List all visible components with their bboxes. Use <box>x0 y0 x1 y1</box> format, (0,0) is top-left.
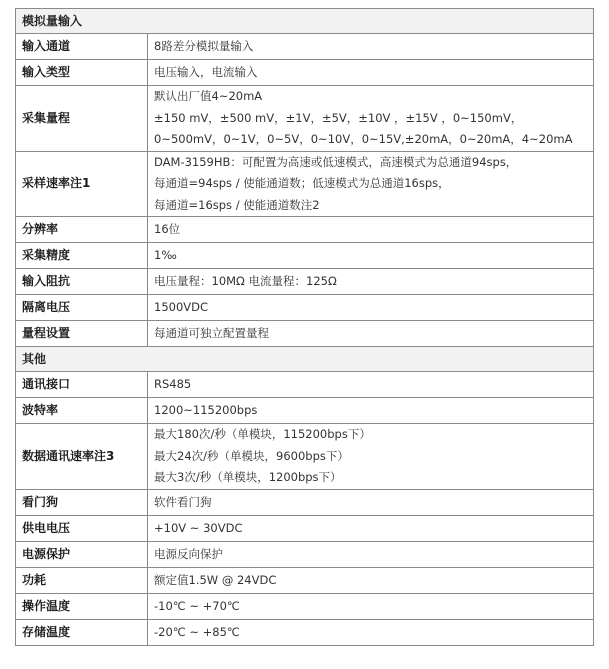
row-value: 电源反向保护 <box>148 541 594 567</box>
row-value: -10℃ ~ +70℃ <box>148 593 594 619</box>
table-row-resolution: 分辨率 16位 <box>16 217 594 243</box>
row-value: 软件看门狗 <box>148 489 594 515</box>
row-value: +10V ~ 30VDC <box>148 515 594 541</box>
row-label: 采集量程 <box>16 86 148 152</box>
row-label: 分辨率 <box>16 217 148 243</box>
row-value: -20℃ ~ +85℃ <box>148 619 594 645</box>
value-line: DAM-3159HB：可配置为高速或低速模式，高速模式为总通道94sps， <box>154 152 587 174</box>
value-line: 最大24次/秒（单模块，9600bps下） <box>154 446 587 468</box>
row-label: 隔离电压 <box>16 295 148 321</box>
row-label: 存储温度 <box>16 619 148 645</box>
row-value: DAM-3159HB：可配置为高速或低速模式，高速模式为总通道94sps， 每通… <box>148 151 594 217</box>
row-label: 采集精度 <box>16 243 148 269</box>
row-label: 量程设置 <box>16 321 148 347</box>
row-label: 采样速率注1 <box>16 151 148 217</box>
section-title: 其他 <box>16 347 594 372</box>
row-label: 电源保护 <box>16 541 148 567</box>
table-row-input-type: 输入类型 电压输入，电流输入 <box>16 60 594 86</box>
row-value: 电压输入，电流输入 <box>148 60 594 86</box>
row-value: 1‰ <box>148 243 594 269</box>
table-row-input-range: 采集量程 默认出厂值4~20mA ±150 mV，±500 mV，±1V，±5V… <box>16 86 594 152</box>
table-row-supply-voltage: 供电电压 +10V ~ 30VDC <box>16 515 594 541</box>
table-row-storage-temp: 存储温度 -20℃ ~ +85℃ <box>16 619 594 645</box>
row-label: 输入类型 <box>16 60 148 86</box>
section-title: 模拟量输入 <box>16 9 594 34</box>
value-line: 默认出厂值4~20mA <box>154 86 587 108</box>
row-label: 波特率 <box>16 398 148 424</box>
value-line: 每通道=16sps / 使能通道数注2 <box>154 195 587 217</box>
value-line: 最大180次/秒（单模块，115200bps下） <box>154 424 587 446</box>
row-value: 8路差分模拟量输入 <box>148 34 594 60</box>
row-value: 最大180次/秒（单模块，115200bps下） 最大24次/秒（单模块，960… <box>148 424 594 490</box>
row-value: 默认出厂值4~20mA ±150 mV，±500 mV，±1V，±5V，±10V… <box>148 86 594 152</box>
table-row-sample-rate: 采样速率注1 DAM-3159HB：可配置为高速或低速模式，高速模式为总通道94… <box>16 151 594 217</box>
table-row-power-consumption: 功耗 额定值1.5W @ 24VDC <box>16 567 594 593</box>
table-row-operating-temp: 操作温度 -10℃ ~ +70℃ <box>16 593 594 619</box>
spec-table: 模拟量输入 输入通道 8路差分模拟量输入 输入类型 电压输入，电流输入 采集量程… <box>15 8 594 646</box>
row-label: 输入阻抗 <box>16 269 148 295</box>
section-header-analog-input: 模拟量输入 <box>16 9 594 34</box>
table-row-accuracy: 采集精度 1‰ <box>16 243 594 269</box>
table-row-baud-rate: 波特率 1200~115200bps <box>16 398 594 424</box>
row-label: 数据通讯速率注3 <box>16 424 148 490</box>
row-value: 额定值1.5W @ 24VDC <box>148 567 594 593</box>
value-line: 最大3次/秒（单模块，1200bps下） <box>154 467 587 489</box>
table-row-data-comm-rate: 数据通讯速率注3 最大180次/秒（单模块，115200bps下） 最大24次/… <box>16 424 594 490</box>
table-row-input-channel: 输入通道 8路差分模拟量输入 <box>16 34 594 60</box>
row-label: 看门狗 <box>16 489 148 515</box>
section-header-other: 其他 <box>16 347 594 372</box>
row-value: 1500VDC <box>148 295 594 321</box>
value-line: 0~500mV，0~1V，0~5V，0~10V，0~15V,±20mA，0~20… <box>154 129 587 151</box>
row-label: 功耗 <box>16 567 148 593</box>
row-label: 输入通道 <box>16 34 148 60</box>
table-row-watchdog: 看门狗 软件看门狗 <box>16 489 594 515</box>
value-line: ±150 mV，±500 mV，±1V，±5V，±10V ，±15V ，0~15… <box>154 108 587 130</box>
row-value: 1200~115200bps <box>148 398 594 424</box>
row-label: 通讯接口 <box>16 372 148 398</box>
row-value: RS485 <box>148 372 594 398</box>
row-label: 供电电压 <box>16 515 148 541</box>
value-line: 每通道=94sps / 使能通道数；低速模式为总通道16sps， <box>154 173 587 195</box>
table-row-isolation-voltage: 隔离电压 1500VDC <box>16 295 594 321</box>
row-value: 每通道可独立配置量程 <box>148 321 594 347</box>
table-row-input-impedance: 输入阻抗 电压量程：10MΩ 电流量程：125Ω <box>16 269 594 295</box>
row-value: 16位 <box>148 217 594 243</box>
row-value: 电压量程：10MΩ 电流量程：125Ω <box>148 269 594 295</box>
table-row-comm-interface: 通讯接口 RS485 <box>16 372 594 398</box>
row-label: 操作温度 <box>16 593 148 619</box>
table-row-power-protection: 电源保护 电源反向保护 <box>16 541 594 567</box>
table-row-range-setting: 量程设置 每通道可独立配置量程 <box>16 321 594 347</box>
